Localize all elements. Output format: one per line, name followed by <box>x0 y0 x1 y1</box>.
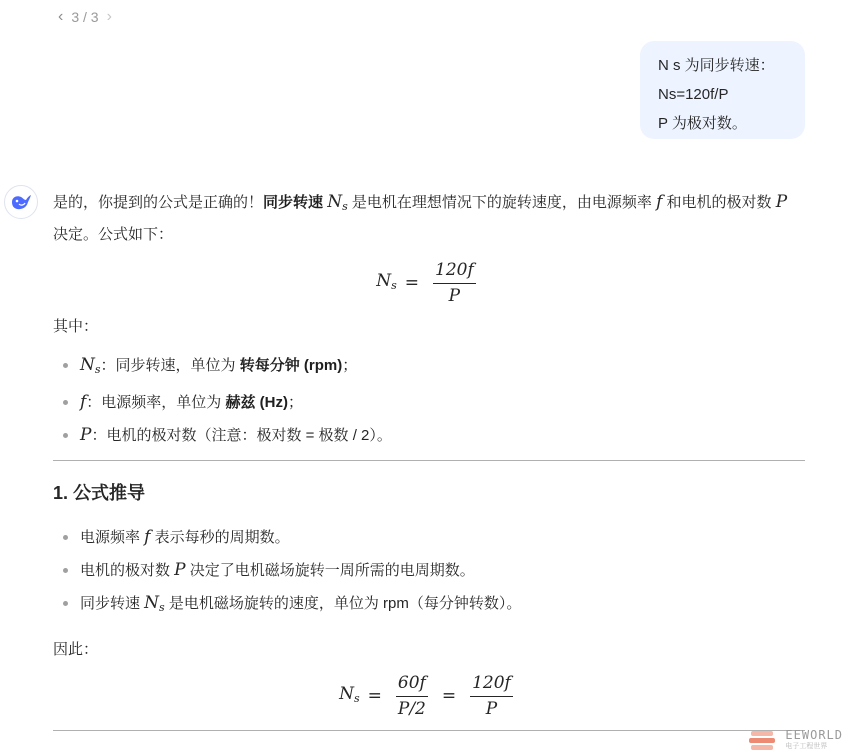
user-message-line: N s 为同步转速： <box>658 51 787 80</box>
user-message-bubble: N s 为同步转速： Ns=120f/P P 为极对数。 <box>640 41 805 139</box>
watermark: EEWORLD 电子工程世界 <box>747 728 843 754</box>
list-item: P：电机的极对数（注意：极对数 = 极数 / 2）。 <box>53 419 805 452</box>
deepseek-whale-icon <box>10 193 32 211</box>
math-p: P <box>776 192 787 212</box>
divider <box>53 460 805 461</box>
intro-paragraph: 是的，你提到的公式是正确的！同步转速 Ns 是电机在理想情况下的旋转速度，由电源… <box>53 188 805 249</box>
therefore-label: 因此： <box>53 636 805 664</box>
equation-2: Ns = 60fP/2 = 120fP <box>53 672 805 720</box>
definition-list: Ns：同步转速，单位为 转每分钟 (rpm)； f：电源频率，单位为 赫兹 (H… <box>53 349 805 452</box>
chevron-right-icon[interactable]: › <box>107 8 112 26</box>
list-item: 同步转速 Ns 是电机磁场旋转的速度，单位为 rpm（每分钟转数）。 <box>53 587 805 624</box>
list-item: Ns：同步转速，单位为 转每分钟 (rpm)； <box>53 349 805 386</box>
message-pager: ‹ 3 / 3 › <box>58 8 112 26</box>
chevron-left-icon[interactable]: ‹ <box>58 8 63 26</box>
where-label: 其中： <box>53 313 805 341</box>
assistant-message: 是的，你提到的公式是正确的！同步转速 Ns 是电机在理想情况下的旋转速度，由电源… <box>53 188 805 739</box>
divider <box>53 730 805 731</box>
list-item: 电机的极对数 P 决定了电机磁场旋转一周所需的电周期数。 <box>53 554 805 587</box>
equation-1: Ns = 120fP <box>53 259 805 307</box>
list-item: f：电源频率，单位为 赫兹 (Hz)； <box>53 386 805 419</box>
assistant-avatar <box>4 185 38 219</box>
user-message-line: P 为极对数。 <box>658 109 787 138</box>
eeworld-logo-icon <box>747 728 781 754</box>
user-message-line: Ns=120f/P <box>658 80 787 109</box>
pager-label: 3 / 3 <box>71 9 98 25</box>
list-item: 电源频率 f 表示每秒的周期数。 <box>53 521 805 554</box>
derivation-list: 电源频率 f 表示每秒的周期数。 电机的极对数 P 决定了电机磁场旋转一周所需的… <box>53 521 805 624</box>
bold-term: 同步转速 <box>263 194 323 211</box>
math-ns: Ns <box>327 192 348 212</box>
section-heading: 1. 公式推导 <box>53 479 805 507</box>
